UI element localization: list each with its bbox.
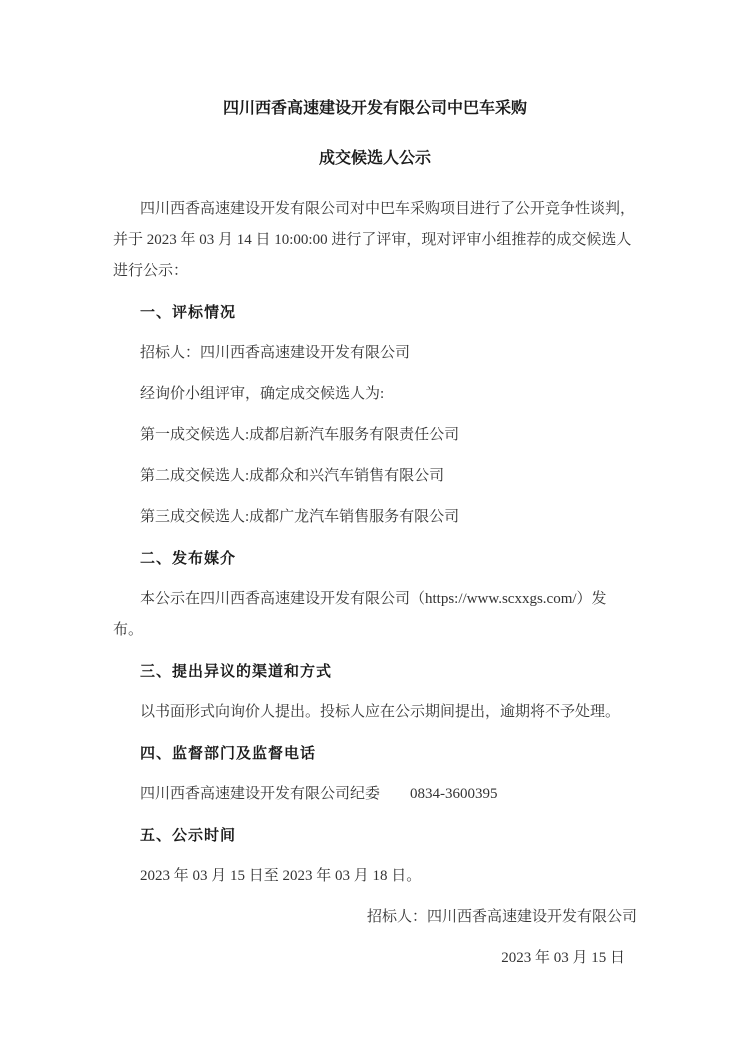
candidate-line-second: 第二成交候选人:成都众和兴汽车销售有限公司 (113, 461, 637, 492)
section-heading-1: 一、评标情况 (113, 297, 637, 328)
section-heading-3: 三、提出异议的渠道和方式 (113, 656, 637, 687)
paragraph-line: 并于 2023 年 03 月 14 日 10:00:00 进行了评审，现对评审小… (113, 225, 637, 256)
section-heading-5: 五、公示时间 (113, 820, 637, 851)
section-heading-4: 四、监督部门及监督电话 (113, 738, 637, 769)
signature-block: 招标人：四川西香高速建设开发有限公司 (113, 902, 637, 933)
section-heading-text: 三、提出异议的渠道和方式 (113, 656, 637, 687)
section-heading-2: 二、发布媒介 (113, 543, 637, 574)
paragraph: 经询价小组评审，确定成交候选人为: (113, 379, 637, 410)
section-heading-text: 二、发布媒介 (113, 543, 637, 574)
document-page: 四川西香高速建设开发有限公司中巴车采购 成交候选人公示 四川西香高速建设开发有限… (0, 0, 750, 1060)
paragraph: 招标人：四川西香高速建设开发有限公司 (113, 338, 637, 369)
paragraph-line: 四川西香高速建设开发有限公司对中巴车采购项目进行了公开竞争性谈判， (113, 194, 637, 225)
document-title: 四川西香高速建设开发有限公司中巴车采购 (113, 96, 637, 122)
paragraph-line: 四川西香高速建设开发有限公司纪委 0834-3600395 (113, 779, 637, 810)
paragraph: 本公示在四川西香高速建设开发有限公司（https://www.scxxgs.co… (113, 584, 637, 646)
paragraph-line: 经询价小组评审，确定成交候选人为: (113, 379, 637, 410)
supervision-contact-line: 四川西香高速建设开发有限公司纪委 0834-3600395 (113, 779, 637, 810)
paragraph-line: 第三成交候选人:成都广龙汽车销售服务有限公司 (113, 502, 637, 533)
paragraph-line: 2023 年 03 月 15 日至 2023 年 03 月 18 日。 (113, 861, 637, 892)
publicity-period-line: 2023 年 03 月 15 日至 2023 年 03 月 18 日。 (113, 861, 637, 892)
section-heading-text: 一、评标情况 (113, 297, 637, 328)
date-line: 2023 年 03 月 15 日 (113, 943, 637, 974)
document-content: 四川西香高速建设开发有限公司中巴车采购 成交候选人公示 四川西香高速建设开发有限… (113, 0, 637, 984)
date-block: 2023 年 03 月 15 日 (113, 943, 637, 974)
paragraph-line: 第二成交候选人:成都众和兴汽车销售有限公司 (113, 461, 637, 492)
closing-block: 招标人：四川西香高速建设开发有限公司 2023 年 03 月 15 日 (113, 902, 637, 974)
paragraph-line: 进行公示： (113, 256, 637, 287)
paragraph-line: 以书面形式向询价人提出。投标人应在公示期间提出，逾期将不予处理。 (113, 697, 637, 728)
candidate-line-third: 第三成交候选人:成都广龙汽车销售服务有限公司 (113, 502, 637, 533)
paragraph-line: 本公示在四川西香高速建设开发有限公司（https://www.scxxgs.co… (113, 584, 637, 615)
document-subtitle: 成交候选人公示 (113, 146, 637, 172)
paragraph: 以书面形式向询价人提出。投标人应在公示期间提出，逾期将不予处理。 (113, 697, 637, 728)
paragraph-line: 招标人：四川西香高速建设开发有限公司 (113, 338, 637, 369)
signature-line: 招标人：四川西香高速建设开发有限公司 (113, 902, 637, 933)
intro-paragraph: 四川西香高速建设开发有限公司对中巴车采购项目进行了公开竞争性谈判， 并于 202… (113, 194, 637, 287)
section-heading-text: 五、公示时间 (113, 820, 637, 851)
candidate-line-first: 第一成交候选人:成都启新汽车服务有限责任公司 (113, 420, 637, 451)
section-heading-text: 四、监督部门及监督电话 (113, 738, 637, 769)
paragraph-line: 布。 (113, 615, 637, 646)
paragraph-line: 第一成交候选人:成都启新汽车服务有限责任公司 (113, 420, 637, 451)
